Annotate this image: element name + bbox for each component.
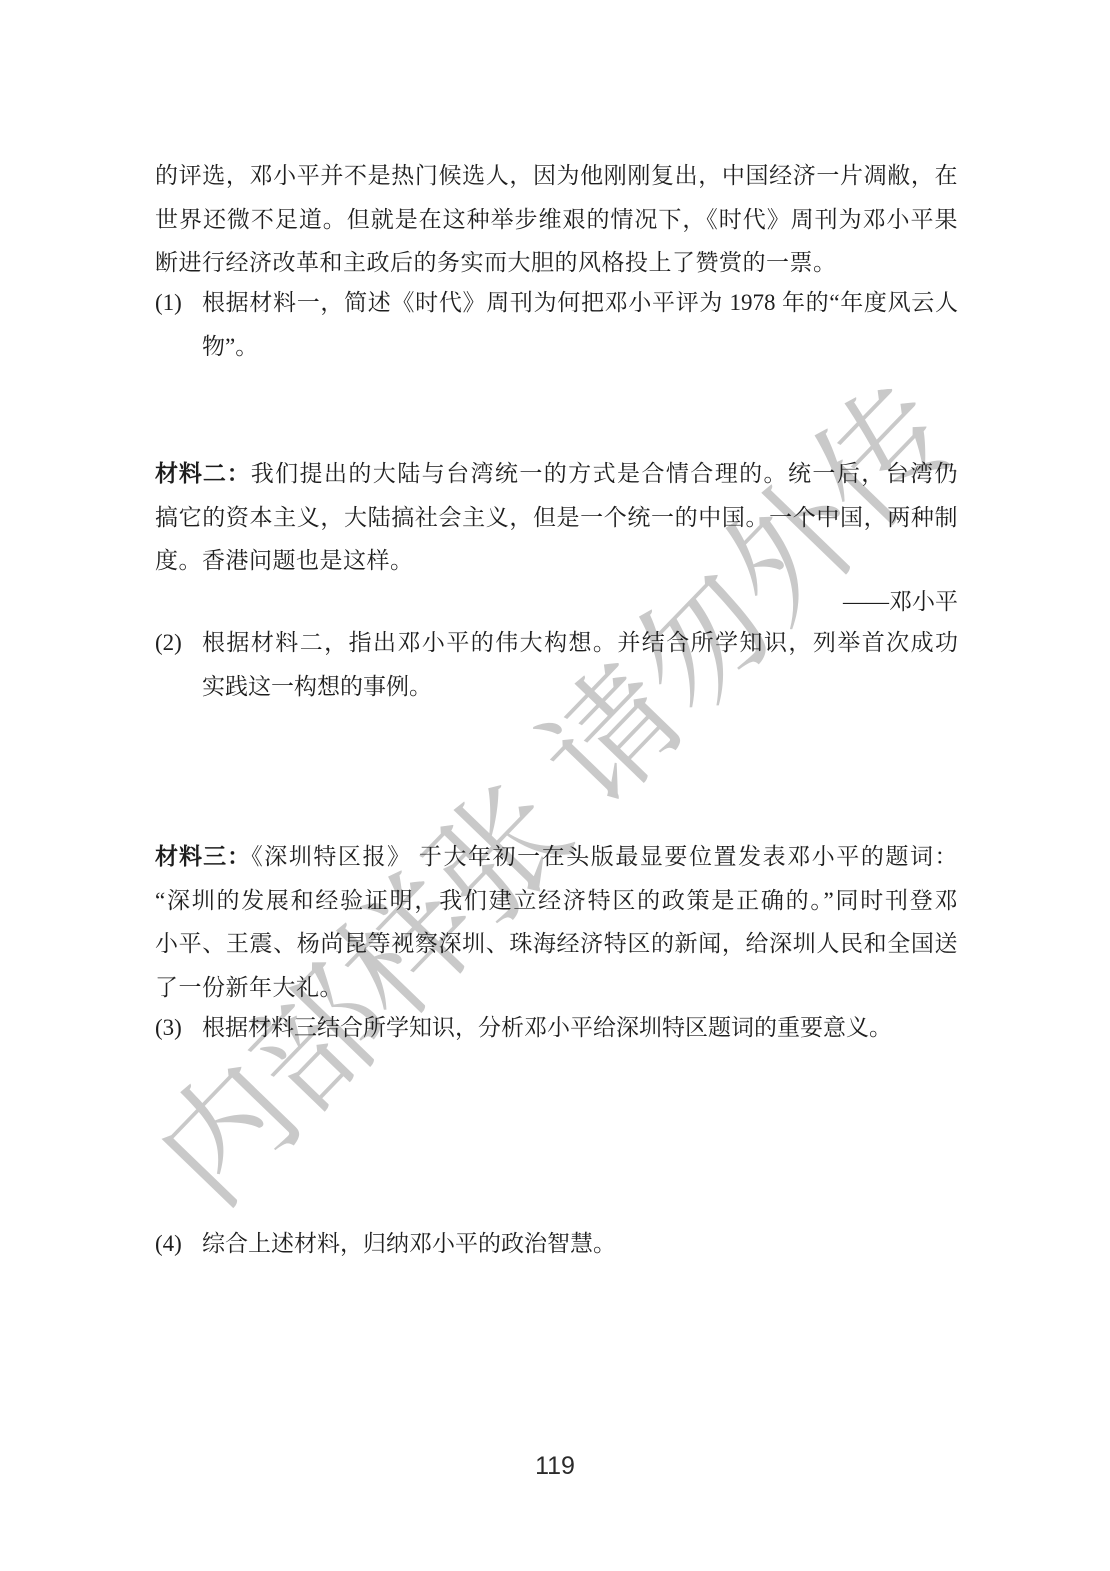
material2-text: 我们提出的大陆与台湾统一的方式是合情合理的。统一后，台湾仍 bbox=[251, 461, 958, 486]
question-1: (1) 根据材料一，简述《时代》周刊为何把邓小平评为 1978 年的“年度风云人… bbox=[155, 281, 958, 368]
exam-page: 内部样张 请勿外传 的评选，邓小平并不是热门候选人，因为他刚刚复出，中国经济一片… bbox=[0, 0, 1110, 1571]
question-4: (4) 综合上述材料，归纳邓小平的政治智慧。 bbox=[155, 1222, 958, 1266]
text-line: 断进行经济改革和主政后的务实而大胆的风格投上了赞赏的一票。 bbox=[155, 241, 958, 285]
text-line: 实践这一构想的事例。 bbox=[202, 665, 958, 709]
question-3-number: (3) bbox=[155, 1006, 182, 1050]
text-line: 根据材料二，指出邓小平的伟大构想。并结合所学知识，列举首次成功 bbox=[202, 621, 958, 665]
question-1-number: (1) bbox=[155, 281, 182, 325]
question-3: (3) 根据材料三结合所学知识，分析邓小平给深圳特区题词的重要意义。 bbox=[155, 1006, 958, 1050]
text-line: 物”。 bbox=[202, 325, 958, 369]
material3-text: 《深圳特区报》 于大年初一在头版最显要位置发表邓小平的题词： bbox=[251, 844, 958, 869]
page-number: 119 bbox=[0, 1452, 1110, 1481]
paragraph-material3: 材料三：《深圳特区报》 于大年初一在头版最显要位置发表邓小平的题词： “深圳的发… bbox=[155, 835, 958, 1009]
question-4-number: (4) bbox=[155, 1222, 182, 1266]
material3-label: 材料三： bbox=[155, 843, 251, 869]
text-line: 了一份新年大礼。 bbox=[155, 966, 958, 1010]
text-line: 世界还微不足道。但就是在这种举步维艰的情况下，《时代》周刊为邓小平果 bbox=[155, 198, 958, 242]
attribution: ——邓小平 bbox=[155, 580, 958, 624]
text-line: 材料二：我们提出的大陆与台湾统一的方式是合情合理的。统一后，台湾仍 bbox=[155, 452, 958, 496]
text-line: 综合上述材料，归纳邓小平的政治智慧。 bbox=[202, 1222, 958, 1266]
text-line: 小平、王震、杨尚昆等视察深圳、珠海经济特区的新闻，给深圳人民和全国送 bbox=[155, 922, 958, 966]
paragraph-material2: 材料二：我们提出的大陆与台湾统一的方式是合情合理的。统一后，台湾仍 搞它的资本主… bbox=[155, 452, 958, 583]
text-line: 根据材料三结合所学知识，分析邓小平给深圳特区题词的重要意义。 bbox=[202, 1006, 958, 1050]
text-line: 度。香港问题也是这样。 bbox=[155, 539, 958, 583]
paragraph-material1-continuation: 的评选，邓小平并不是热门候选人，因为他刚刚复出，中国经济一片凋敝，在 世界还微不… bbox=[155, 154, 958, 285]
text-line: 的评选，邓小平并不是热门候选人，因为他刚刚复出，中国经济一片凋敝，在 bbox=[155, 154, 958, 198]
text-line: 搞它的资本主义，大陆搞社会主义，但是一个统一的中国。一个中国，两种制 bbox=[155, 496, 958, 540]
material2-label: 材料二： bbox=[155, 460, 251, 486]
text-line: “深圳的发展和经验证明，我们建立经济特区的政策是正确的。”同时刊登邓 bbox=[155, 879, 958, 923]
question-2-number: (2) bbox=[155, 621, 182, 665]
question-2: (2) 根据材料二，指出邓小平的伟大构想。并结合所学知识，列举首次成功 实践这一… bbox=[155, 621, 958, 708]
text-line: 材料三：《深圳特区报》 于大年初一在头版最显要位置发表邓小平的题词： bbox=[155, 835, 958, 879]
text-line: 根据材料一，简述《时代》周刊为何把邓小平评为 1978 年的“年度风云人 bbox=[202, 281, 958, 325]
